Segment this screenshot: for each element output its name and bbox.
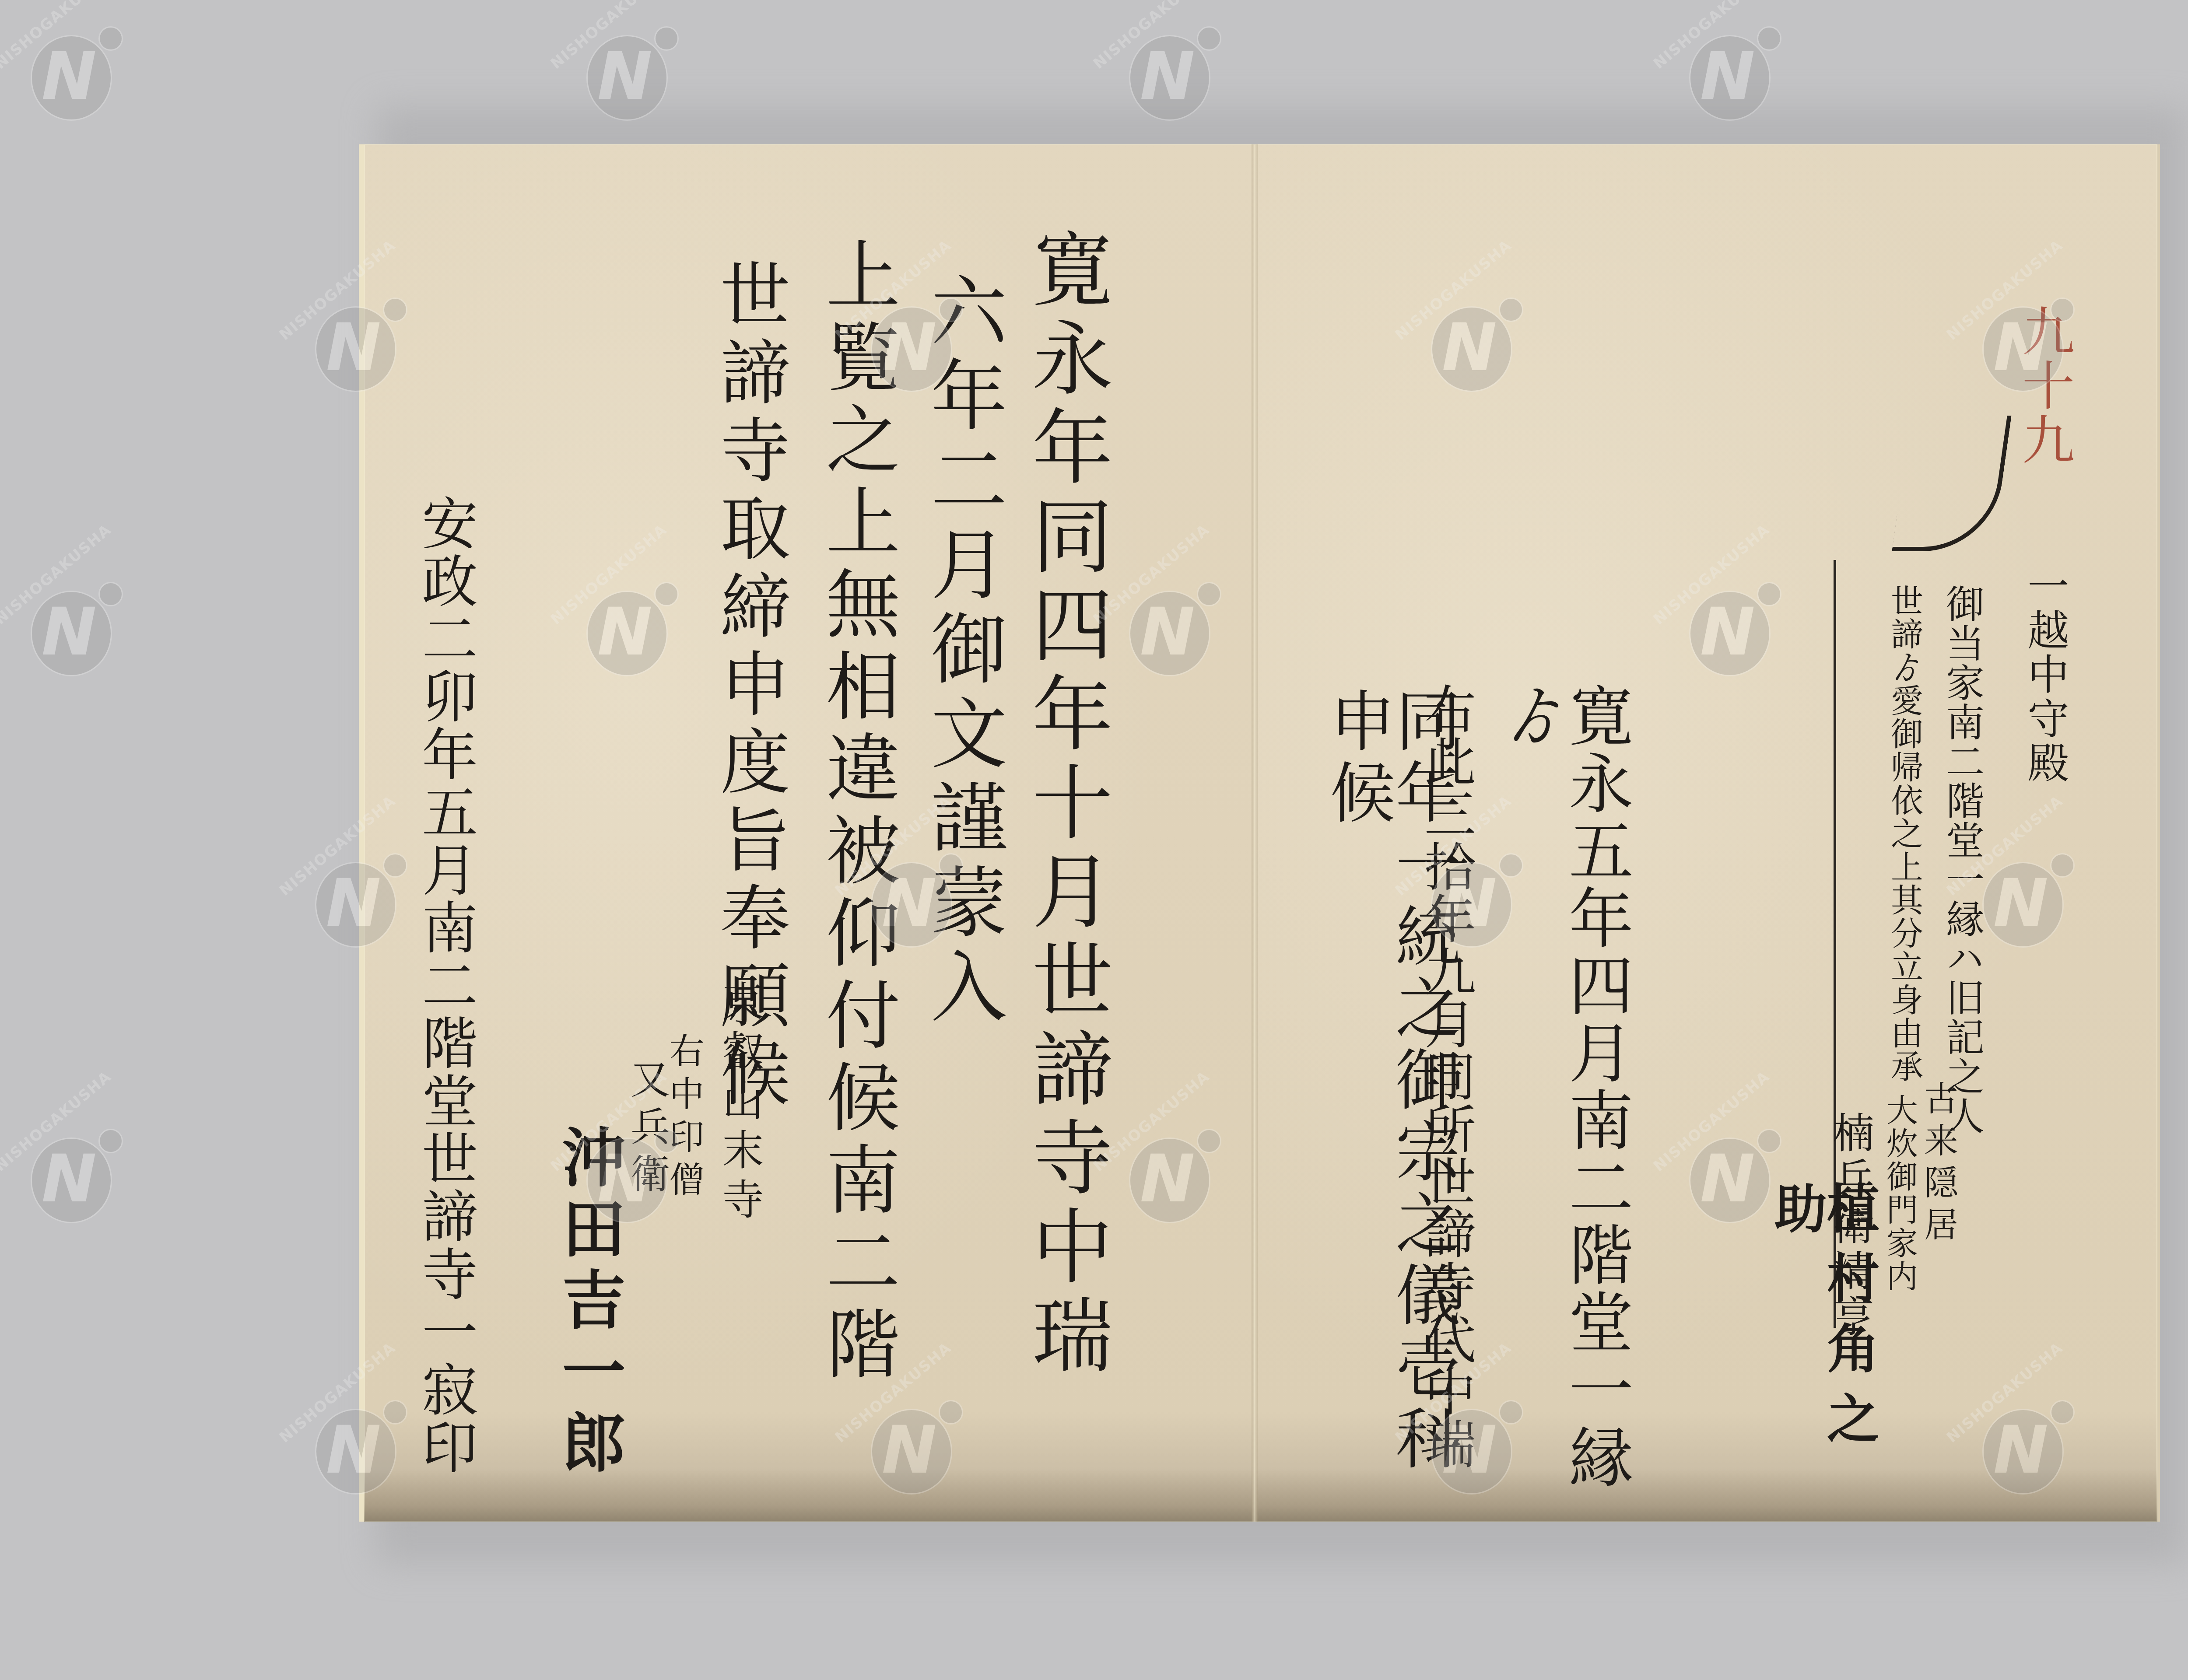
watermark-logo-icon: N NISHOGAKUSHA xyxy=(858,844,963,949)
watermark-logo-icon: N NISHOGAKUSHA xyxy=(18,1120,123,1225)
water-stain xyxy=(364,1469,1259,1522)
watermark-logo-icon: N NISHOGAKUSHA xyxy=(573,573,678,678)
watermark-logo-icon: N NISHOGAKUSHA xyxy=(1676,573,1781,678)
right-signature-small-1: 古来隠居 xyxy=(1921,1081,1955,1249)
watermark-logo-icon: N NISHOGAKUSHA xyxy=(302,844,407,949)
watermark-logo-icon: N NISHOGAKUSHA xyxy=(302,289,407,394)
watermark-logo-icon: N NISHOGAKUSHA xyxy=(1969,844,2074,949)
watermark-logo-icon: N NISHOGAKUSHA xyxy=(1969,1391,2074,1496)
watermark-logo-icon: N NISHOGAKUSHA xyxy=(858,1391,963,1496)
left-signature-small-1: 東叡山末寺 xyxy=(719,980,760,1227)
watermark-logo-icon: N NISHOGAKUSHA xyxy=(573,17,678,122)
right-signature-name: 植村角之助 xyxy=(1770,1181,1875,1522)
watermark-logo-icon: N NISHOGAKUSHA xyxy=(1676,17,1781,122)
watermark-logo-icon: N NISHOGAKUSHA xyxy=(18,17,123,122)
watermark-logo-icon: N NISHOGAKUSHA xyxy=(18,573,123,678)
watermark-logo-icon: N NISHOGAKUSHA xyxy=(1116,573,1221,678)
left-date-column: 安政二卯年五月南二階堂世諦寺一寂印 xyxy=(417,494,473,1476)
watermark-logo-icon: N NISHOGAKUSHA xyxy=(1116,1120,1221,1225)
right-heading-column-1: 一越中守殿 xyxy=(2024,564,2065,785)
watermark-logo-icon: N NISHOGAKUSHA xyxy=(1418,844,1523,949)
right-signature-small-2: 大炊御門家内 xyxy=(1884,1094,1915,1293)
left-main-column-1: 寛永年同四年十月世諦寺中瑞 xyxy=(1025,227,1106,1382)
left-page: 寛永年同四年十月世諦寺中瑞 六年二月御文謹蒙入 上覧之上無相違被仰付候南二階 世… xyxy=(359,144,1259,1522)
watermark-logo-icon: N NISHOGAKUSHA xyxy=(1969,289,2074,394)
watermark-logo-icon: N NISHOGAKUSHA xyxy=(1116,17,1221,122)
right-heading-column-3: 世諦ゟ愛御帰依之上其分立身由承 xyxy=(1888,584,1921,1083)
left-main-column-3: 上覧之上無相違被仰付候南二階 xyxy=(819,236,894,1388)
watermark-logo-icon: N NISHOGAKUSHA xyxy=(1418,289,1523,394)
watermark-logo-icon: N NISHOGAKUSHA xyxy=(1418,1391,1523,1496)
book-gutter xyxy=(1252,144,1258,1522)
watermark-logo-icon: N NISHOGAKUSHA xyxy=(858,289,963,394)
watermark-logo-icon: N NISHOGAKUSHA xyxy=(573,1120,678,1225)
bracket-curve xyxy=(1892,416,2012,551)
watermark-logo-icon: N NISHOGAKUSHA xyxy=(302,1391,407,1496)
open-booklet: 寛永年同四年十月世諦寺中瑞 六年二月御文謹蒙入 上覧之上無相違被仰付候南二階 世… xyxy=(359,144,2157,1522)
watermark-logo-icon: N NISHOGAKUSHA xyxy=(1676,1120,1781,1225)
